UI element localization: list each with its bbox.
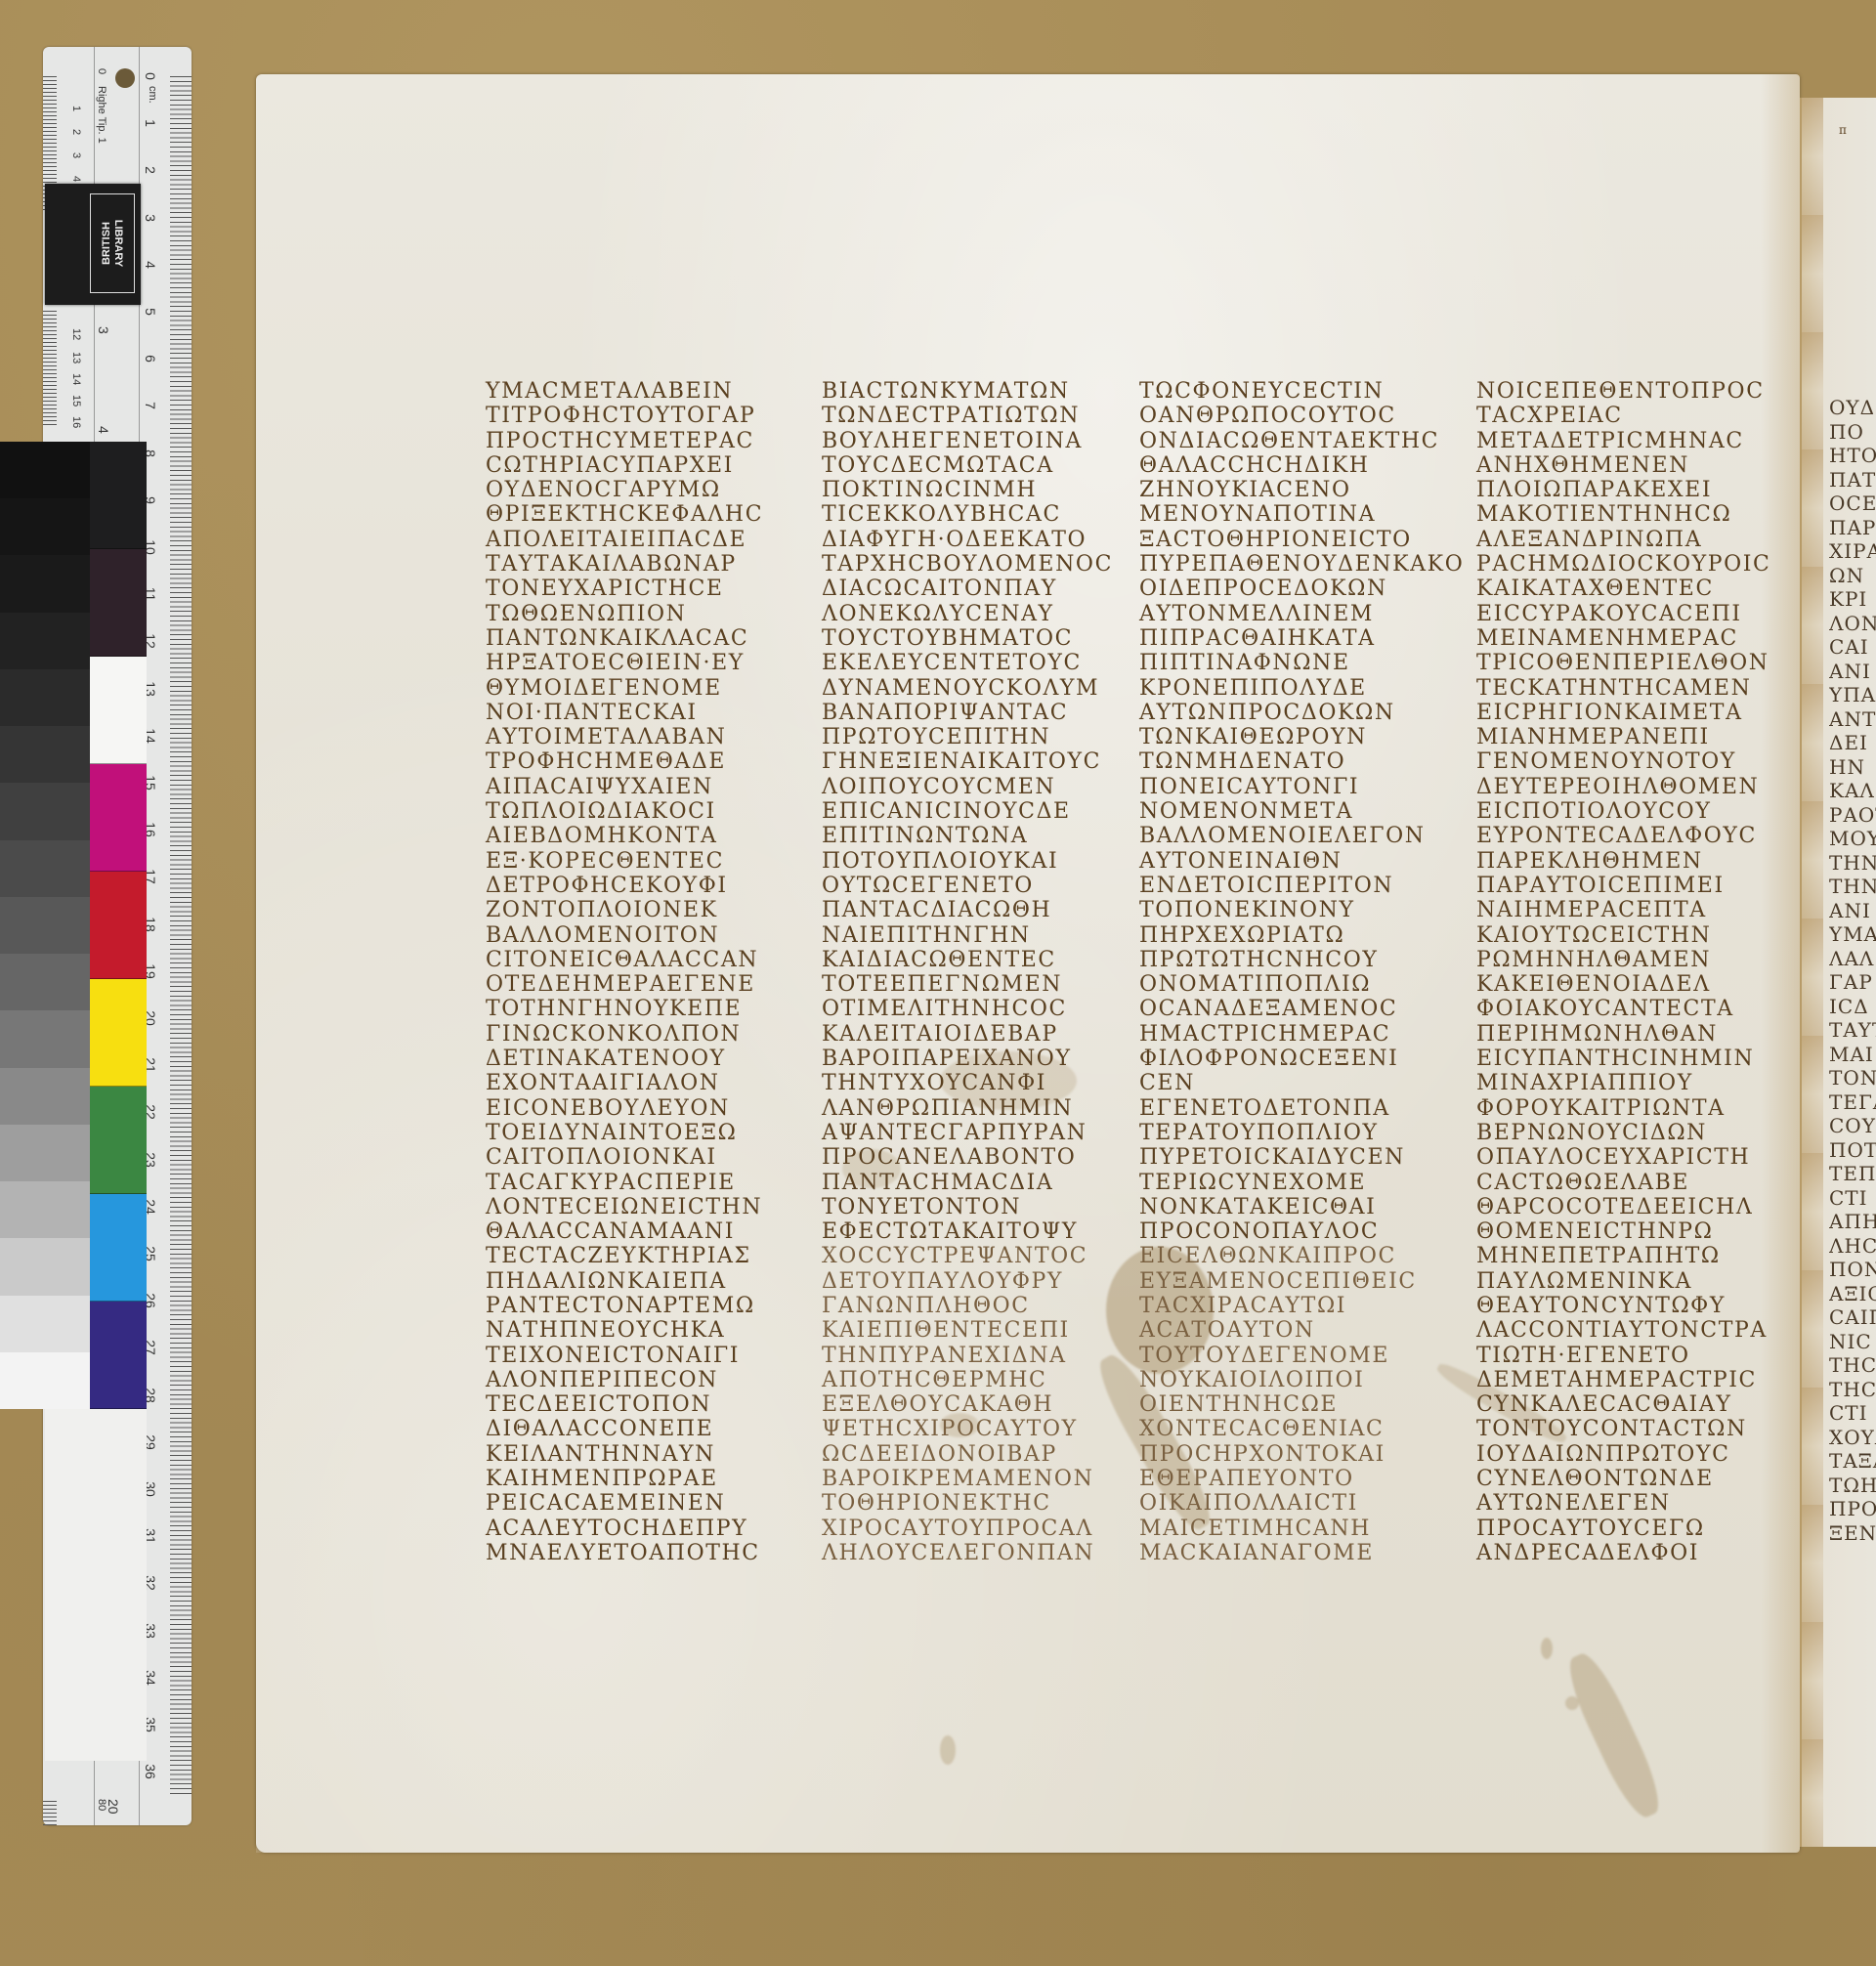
- manuscript-line: ΚΑΙΚΑΤΑΧΘΕΝΤΕϹ: [1476, 577, 1813, 601]
- manuscript-line: ΘΑΛΑϹϹΗϹΗΔΙΚΗ: [1139, 453, 1476, 478]
- facing-page-line: ΛΗϹ: [1829, 1234, 1876, 1259]
- ruler-ticks-left: [43, 311, 57, 428]
- ruler-side-number: 3: [70, 152, 82, 158]
- manuscript-line: ΠΡΩΤΟΥϹΕΠΙΤΗΝ: [822, 725, 1139, 749]
- facing-page-line: ΟϹΕ: [1829, 491, 1876, 516]
- manuscript-line: ΧΙΡΟϹΑΥΤΟΥΠΡΟϹΑΛ: [822, 1517, 1139, 1541]
- gray-patch: [0, 1181, 90, 1238]
- ruler-bottom-label: 20: [106, 1799, 121, 1815]
- manuscript-line: ΠΟΚΤΙΝΩϹΙΝΜΗ: [822, 478, 1139, 502]
- facing-page-line: ΠΟ: [1829, 420, 1876, 445]
- facing-page-line: ΑΝΙ: [1829, 899, 1876, 923]
- manuscript-line: ΑΨΑΝΤΕϹΓΑΡΠΥΡΑΝ: [822, 1121, 1139, 1145]
- gray-patch: [0, 726, 90, 783]
- gray-patch: [0, 954, 90, 1010]
- manuscript-line: ΝΟΝΚΑΤΑΚΕΙϹΘΑΙ: [1139, 1195, 1476, 1219]
- gray-patch: [0, 840, 90, 897]
- manuscript-line: ΕΥΡΟΝΤΕϹΑΔΕΛΦΟΥϹ: [1476, 824, 1813, 848]
- manuscript-line: ΠΗΡΧΕΧΩΡΙΑΤΩ: [1139, 923, 1476, 948]
- manuscript-line: ΑϹΑΤΟΑΥΤΟΝ: [1139, 1318, 1476, 1343]
- manuscript-folio: ΥΜΑϹΜΕΤΑΛΑΒΕΙΝΤΙΤΡΟΦΗϹΤΟΥΤΟΓΑΡΠΡΟϹΤΗϹΥΜΕ…: [256, 74, 1800, 1853]
- ruler-cm-mark: 4: [143, 253, 158, 277]
- manuscript-line: ΑΙΠΑϹΑΙΨΥΧΑΙΕΝ: [486, 775, 822, 799]
- manuscript-line: ΠΟΝΕΙϹΑΥΤΟΝΓΙ: [1139, 775, 1476, 799]
- manuscript-line: ΠΑΥΛΩΜΕΝΙΝΚΑ: [1476, 1269, 1813, 1294]
- manuscript-line: ΑΝΗΧΘΗΜΕΝΕΝ: [1476, 453, 1813, 478]
- ruler-hole: [115, 68, 135, 88]
- manuscript-line: ΕΠΙϹΑΝΙϹΙΝΟΥϹΔΕ: [822, 799, 1139, 824]
- text-column-4: ΝΟΙϹΕΠΕΘΕΝΤΟΠΡΟϹΤΑϹΧΡΕΙΑϹΜΕΤΑΔΕΤΡΙϹΜΗΝΑϹ…: [1476, 379, 1813, 1565]
- manuscript-line: ΠΑΡΑΥΤΟΙϹΕΠΙΜΕΙ: [1476, 874, 1813, 898]
- manuscript-line: ΟΙΔΕΠΡΟϹΕΔΟΚΩΝ: [1139, 577, 1476, 601]
- manuscript-line: ΤΙϹΕΚΚΟΛΥΒΗϹΑϹ: [822, 502, 1139, 527]
- facing-page-line: ϹΑΙΠ: [1829, 1305, 1876, 1330]
- ruler-cm-mark: 0: [143, 64, 158, 88]
- facing-page-line: ΤΑΥΤ: [1829, 1018, 1876, 1043]
- manuscript-line: ΤΟΤΗΝΓΗΝΟΥΚΕΠΕ: [486, 997, 822, 1021]
- manuscript-line: ΕΠΙΤΙΝΩΝΤΩΝΑ: [822, 824, 1139, 848]
- facing-page-line: ΠΑΡ: [1829, 516, 1876, 540]
- facing-page-line: ΝΙϹ: [1829, 1330, 1876, 1354]
- manuscript-line: ΨΕΤΗϹΧΙΡΟϹΑΥΤΟΥ: [822, 1417, 1139, 1441]
- manuscript-line: ΦΟΙΑΚΟΥϹΑΝΤΕϹΤΑ: [1476, 997, 1813, 1021]
- manuscript-line: ΤΕΙΧΟΝΕΙϹΤΟΝΑΙΓΙ: [486, 1344, 822, 1368]
- manuscript-line: ΘΟΜΕΝΕΙϹΤΗΝΡΩ: [1476, 1219, 1813, 1244]
- manuscript-line: ΓΕΝΟΜΕΝΟΥΝΟΤΟΥ: [1476, 749, 1813, 774]
- facing-page-line: ΧΙΡΑ: [1829, 539, 1876, 564]
- manuscript-line: ΛΗΛΟΥϹΕΛΕΓΟΝΠΑΝ: [822, 1541, 1139, 1565]
- manuscript-line: ΛΟΝΤΕϹΕΙΩΝΕΙϹΤΗΝ: [486, 1195, 822, 1219]
- manuscript-line: ΒΑΛΛΟΜΕΝΟΙΕΛΕΓΟΝ: [1139, 824, 1476, 848]
- gray-patch: [0, 1125, 90, 1181]
- facing-page-line: ΜΑΙ: [1829, 1043, 1876, 1067]
- manuscript-line: ΖΗΝΟΥΚΙΑϹΕΝΟ: [1139, 478, 1476, 502]
- manuscript-line: ΜΗΝΕΠΕΤΡΑΠΗΤΩ: [1476, 1244, 1813, 1268]
- badge-text: LIBRARY BRITISH: [101, 220, 124, 267]
- manuscript-line: ΜΑΙϹΕΤΙΜΗϹΑΝΗ: [1139, 1517, 1476, 1541]
- facing-page-line: ΙϹΔ: [1829, 995, 1876, 1019]
- facing-page-line: ΤΕΓΑ: [1829, 1090, 1876, 1115]
- manuscript-line: ΦΟΡΟΥΚΑΙΤΡΙΩΝΤΑ: [1476, 1096, 1813, 1121]
- manuscript-line: ΕΧΟΝΤΑΑΙΓΙΑΛΟΝ: [486, 1071, 822, 1095]
- manuscript-line: ΒΑΝΑΠΟΡΙΨΑΝΤΑϹ: [822, 701, 1139, 725]
- manuscript-line: ΗΡΞΑΤΟΕϹΘΙΕΙΝ·ΕΥ: [486, 651, 822, 675]
- manuscript-line: ΠΟΤΟΥΠΛΟΙΟΥΚΑΙ: [822, 849, 1139, 874]
- ruler-side-number: 16: [70, 416, 82, 428]
- facing-page-line: ϹΤΙ: [1829, 1401, 1876, 1426]
- gray-patch: [0, 1352, 90, 1409]
- gray-patch: [0, 442, 90, 498]
- color-patch-dark-purple: [90, 549, 147, 657]
- manuscript-line: ΜΝΑΕΛΥΕΤΟΑΠΟΤΗϹ: [486, 1541, 822, 1565]
- ruler-cm-mark: 6: [143, 347, 158, 370]
- facing-page-line: ΥΠΑ: [1829, 683, 1876, 707]
- manuscript-line: ΤΟΝΤΟΥϹΟΝΤΑϹΤΩΝ: [1476, 1417, 1813, 1441]
- manuscript-line: ΠΛΟΙΩΠΑΡΑΚΕΧΕΙ: [1476, 478, 1813, 502]
- manuscript-line: ΠΗΔΑΛΙΩΝΚΑΙΕΠΑ: [486, 1269, 822, 1294]
- manuscript-line: ΒΑΡΟΙΚΡΕΜΑΜΕΝΟΝ: [822, 1467, 1139, 1491]
- gray-patch: [0, 897, 90, 954]
- water-stain: [940, 1735, 956, 1765]
- ruler-cm-mark: 3: [143, 206, 158, 230]
- manuscript-line: ΒΕΡΝΩΝΟΥϹΙΔΩΝ: [1476, 1121, 1813, 1145]
- ruler-zero: 0: [96, 68, 107, 74]
- manuscript-line: ΠΡΩΤΩΤΗϹΝΗϹΟΥ: [1139, 948, 1476, 972]
- manuscript-line: ΠΑΝΤΩΝΚΑΙΚΛΑϹΑϹ: [486, 626, 822, 651]
- facing-page-line: ΜΟΥ: [1829, 827, 1876, 851]
- manuscript-line: ΤΑΡΧΗϹΒΟΥΛΟΜΕΝΟϹ: [822, 552, 1139, 577]
- facing-page-line: ϹΟΥϹ: [1829, 1114, 1876, 1138]
- manuscript-line: ΦΙΛΟΦΡΟΝΩϹΕΞΕΝΙ: [1139, 1047, 1476, 1071]
- manuscript-line: ΜΙΝΑΧΡΙΑΠΠΙΟΥ: [1476, 1071, 1813, 1095]
- ruler-side-number: 12: [70, 328, 82, 340]
- manuscript-line: ΕΙϹΡΗΓΙΟΝΚΑΙΜΕΤΑ: [1476, 701, 1813, 725]
- manuscript-line: ΤΟΝΕΥΧΑΡΙϹΤΗϹΕ: [486, 577, 822, 601]
- water-stain: [1565, 1696, 1579, 1710]
- manuscript-line: ΤΟΥϹΤΟΥΒΗΜΑΤΟϹ: [822, 626, 1139, 651]
- ruler-side-label: Righe Tip. 1: [96, 86, 107, 144]
- manuscript-line: ΘΕΑΥΤΟΝϹΥΝΤΩΦΥ: [1476, 1294, 1813, 1318]
- ruler-blank-strip: [45, 1350, 147, 1761]
- manuscript-line: ΠΡΟϹΗΡΧΟΝΤΟΚΑΙ: [1139, 1442, 1476, 1467]
- facing-page-line: ΔΕΙ: [1829, 731, 1876, 755]
- gray-patch: [0, 613, 90, 669]
- manuscript-line: ΚΑΚΕΙΘΕΝΟΙΑΔΕΛ: [1476, 972, 1813, 997]
- manuscript-line: ΤΑϹΧΡΕΙΑϹ: [1476, 404, 1813, 428]
- text-column-1: ΥΜΑϹΜΕΤΑΛΑΒΕΙΝΤΙΤΡΟΦΗϹΤΟΥΤΟΓΑΡΠΡΟϹΤΗϹΥΜΕ…: [486, 379, 822, 1565]
- facing-page-line: ΠΡΟ: [1829, 1497, 1876, 1521]
- ruler-side-number: 3: [96, 326, 111, 334]
- manuscript-line: ΜΕΤΑΔΕΤΡΙϹΜΗΝΑϹ: [1476, 429, 1813, 453]
- ruler-cm-mark: 1: [143, 111, 158, 135]
- manuscript-line: ΓΗΝΕΞΙΕΝΑΙΚΑΙΤΟΥϹ: [822, 749, 1139, 774]
- water-damage: [1802, 98, 1823, 1847]
- gray-patch: [0, 669, 90, 726]
- manuscript-line: ΠΕΡΙΗΜΩΝΗΛΘΑΝ: [1476, 1022, 1813, 1047]
- facing-page-line: ΠΟΤ: [1829, 1138, 1876, 1163]
- facing-page-line: ΟΥΔ: [1829, 396, 1876, 420]
- text-column-3: ΤΩϹΦΟΝΕΥϹΕϹΤΙΝΟΑΝΘΡΩΠΟϹΟΥΤΟϹΟΝΔΙΑϹΩΘΕΝΤΑ…: [1139, 379, 1476, 1565]
- manuscript-line: ΚΑΛΕΙΤΑΙΟΙΔΕΒΑΡ: [822, 1022, 1139, 1047]
- manuscript-line: ΚΑΙΗΜΕΝΠΡΩΡΑΕ: [486, 1467, 822, 1491]
- manuscript-line: ΤΟΕΙΔΥΝΑΙΝΤΟΕΞΩ: [486, 1121, 822, 1145]
- manuscript-line: ΘΑΛΑϹϹΑΝΑΜΑΑΝΙ: [486, 1219, 822, 1244]
- manuscript-line: ΤΑϹΧΙΡΑϹΑΥΤΩΙ: [1139, 1294, 1476, 1318]
- manuscript-line: ΤΡΙϹΟΘΕΝΠΕΡΙΕΛΘΟΝ: [1476, 651, 1813, 675]
- manuscript-line: ΤΕΡΙΩϹΥΝΕΧΟΜΕ: [1139, 1171, 1476, 1195]
- page-mark: π: [1839, 123, 1847, 137]
- manuscript-line: ΤΗΝΤΥΧΟΥϹΑΝΦΙ: [822, 1071, 1139, 1095]
- ruler-side-number: 14: [70, 373, 82, 385]
- manuscript-line: ϹΥΝΚΑΛΕϹΑϹΘΑΙΑΥ: [1476, 1392, 1813, 1417]
- text-columns: ΥΜΑϹΜΕΤΑΛΑΒΕΙΝΤΙΤΡΟΦΗϹΤΟΥΤΟΓΑΡΠΡΟϹΤΗϹΥΜΕ…: [486, 379, 1813, 1565]
- facing-page-line: ΑΝΙ: [1829, 660, 1876, 684]
- manuscript-line: ΤΟΤΕΕΠΕΓΝΩΜΕΝ: [822, 972, 1139, 997]
- manuscript-line: ΥΜΑϹΜΕΤΑΛΑΒΕΙΝ: [486, 379, 822, 404]
- facing-page-line: ΠΟΝ: [1829, 1258, 1876, 1282]
- manuscript-line: ΝΑΙΕΠΙΤΗΝΓΗΝ: [822, 923, 1139, 948]
- manuscript-line: ΑΠΟΤΗϹΘΕΡΜΗϹ: [822, 1368, 1139, 1392]
- ruler-cm-mark: 36: [143, 1760, 158, 1783]
- text-column-2: ΒΙΑϹΤΩΝΚΥΜΑΤΩΝΤΩΝΔΕϹΤΡΑΤΙΩΤΩΝΒΟΥΛΗΕΓΕΝΕΤ…: [822, 379, 1139, 1565]
- facing-page-line: ΛΑΛ: [1829, 947, 1876, 971]
- facing-page-line: ΠΑΤ: [1829, 468, 1876, 492]
- manuscript-line: ϹΕΝ: [1139, 1071, 1476, 1095]
- ruler-side-number: 1: [70, 106, 82, 111]
- manuscript-line: ΤΟΠΟΝΕΚΙΝΟΝΥ: [1139, 898, 1476, 922]
- color-patch-white: [90, 657, 147, 764]
- facing-page-line: ΚΡΙ: [1829, 587, 1876, 612]
- manuscript-line: ϹΥΝΕΛΘΟΝΤΩΝΔΕ: [1476, 1467, 1813, 1491]
- manuscript-line: ΜΙΑΝΗΜΕΡΑΝΕΠΙ: [1476, 725, 1813, 749]
- manuscript-line: ΡΑϹΗΜΩΔΙΟϹΚΟΥΡΟΙϹ: [1476, 552, 1813, 577]
- manuscript-line: ΝΟΙ·ΠΑΝΤΕϹΚΑΙ: [486, 701, 822, 725]
- facing-page-line: ΧΟΥΑ: [1829, 1426, 1876, 1450]
- manuscript-line: ΧΟΝΤΕϹΑϹΘΕΝΙΑϹ: [1139, 1417, 1476, 1441]
- gray-patch: [0, 1068, 90, 1125]
- manuscript-line: ΧΟϹϹΥϹΤΡΕΨΑΝΤΟϹ: [822, 1244, 1139, 1268]
- badge-line-british: BRITISH: [101, 220, 112, 267]
- british-library-badge: LIBRARY BRITISH: [45, 184, 141, 305]
- manuscript-line: ΡΕΙϹΑϹΑΕΜΕΙΝΕΝ: [486, 1491, 822, 1516]
- manuscript-line: ΕΙϹΥΠΑΝΤΗϹΙΝΗΜΙΝ: [1476, 1047, 1813, 1071]
- manuscript-line: ϹΙΤΟΝΕΙϹΘΑΛΑϹϹΑΝ: [486, 948, 822, 972]
- manuscript-line: ΠΥΡΕΤΟΙϹΚΑΙΔΥϹΕΝ: [1139, 1145, 1476, 1170]
- manuscript-line: ΚΑΙΟΥΤΩϹΕΙϹΤΗΝ: [1476, 923, 1813, 948]
- manuscript-line: ΝΟΙϹΕΠΕΘΕΝΤΟΠΡΟϹ: [1476, 379, 1813, 404]
- manuscript-line: ΤΩΝΚΑΙΘΕΩΡΟΥΝ: [1139, 725, 1476, 749]
- manuscript-line: ΠΡΟϹΟΝΟΠΑΥΛΟϹ: [1139, 1219, 1476, 1244]
- manuscript-line: ΤΕϹΔΕΕΙϹΤΟΠΟΝ: [486, 1392, 822, 1417]
- manuscript-line: ΕΝΔΕΤΟΙϹΠΕΡΙΤΟΝ: [1139, 874, 1476, 898]
- ruler-cm-label: cm.: [147, 86, 158, 104]
- color-patch-cyan: [90, 1194, 147, 1302]
- manuscript-line: ΜΕΝΟΥΝΑΠΟΤΙΝΑ: [1139, 502, 1476, 527]
- badge-line-library: LIBRARY: [112, 220, 124, 267]
- manuscript-line: ΩϹΔΕΕΙΔΟΝΟΙΒΑΡ: [822, 1442, 1139, 1467]
- manuscript-line: ΟΤΕΔΕΗΜΕΡΑΕΓΕΝΕ: [486, 972, 822, 997]
- ruler-side-number: 4: [70, 176, 82, 182]
- color-patch-red: [90, 872, 147, 979]
- manuscript-line: ΑΥΤΟΙΜΕΤΑΛΑΒΑΝ: [486, 725, 822, 749]
- manuscript-line: ΒΙΑϹΤΩΝΚΥΜΑΤΩΝ: [822, 379, 1139, 404]
- manuscript-line: ΤΗΝΠΥΡΑΝΕΧΙΔΝΑ: [822, 1344, 1139, 1368]
- manuscript-line: ΒΑΡΟΙΠΑΡΕΙΧΑΝΟΥ: [822, 1047, 1139, 1071]
- facing-page-line: ΤΟΝ: [1829, 1066, 1876, 1090]
- water-stain: [1541, 1638, 1553, 1659]
- manuscript-line: ΑΥΤΟΝΜΕΛΛΙΝΕΜ: [1139, 602, 1476, 626]
- ruler-ticks-left: [43, 1801, 57, 1825]
- manuscript-line: ΠΥΡΕΠΑΘΕΝΟΥΔΕΝΚΑΚΟ: [1139, 552, 1476, 577]
- manuscript-line: ΕΙϹΕΛΘΩΝΚΑΙΠΡΟϹ: [1139, 1244, 1476, 1268]
- ruler-cm-mark: 2: [143, 158, 158, 182]
- manuscript-line: ΤΑΥΤΑΚΑΙΛΑΒΩΝΑΡ: [486, 552, 822, 577]
- facing-page-line: ΩΝ: [1829, 564, 1876, 588]
- manuscript-line: ΠΙΠΤΙΝΑΦΝΩΝΕ: [1139, 651, 1476, 675]
- color-calibration-target: [90, 442, 147, 1409]
- manuscript-line: ΤΙΩΤΗ·ΕΓΕΝΕΤΟ: [1476, 1344, 1813, 1368]
- manuscript-line: ΤΩϹΦΟΝΕΥϹΕϹΤΙΝ: [1139, 379, 1476, 404]
- ruler-side-number: 15: [70, 395, 82, 406]
- gray-patch: [0, 783, 90, 839]
- gray-patch: [0, 1010, 90, 1067]
- manuscript-line: ΟΝΟΜΑΤΙΠΟΠΛΙΩ: [1139, 972, 1476, 997]
- manuscript-line: ΤΕΡΑΤΟΥΠΟΠΛΙΟΥ: [1139, 1121, 1476, 1145]
- color-patch-blue-violet: [90, 1302, 147, 1409]
- gray-patch: [0, 498, 90, 555]
- manuscript-line: ΤΑϹΑΓΚΥΡΑϹΠΕΡΙΕ: [486, 1171, 822, 1195]
- manuscript-line: ΟΙΕΝΤΗΝΗϹΩΕ: [1139, 1392, 1476, 1417]
- ruler-cm-mark: 7: [143, 394, 158, 417]
- manuscript-line: ΚΡΟΝΕΠΙΠΟΛΥΔΕ: [1139, 676, 1476, 701]
- facing-page-line: ΤΗϹ: [1829, 1378, 1876, 1402]
- ruler-side-number: 13: [70, 352, 82, 363]
- manuscript-line: ΟΙΚΑΙΠΟΛΛΑΙϹΤΙ: [1139, 1491, 1476, 1516]
- manuscript-line: ϹΩΤΗΡΙΑϹΥΠΑΡΧΕΙ: [486, 453, 822, 478]
- manuscript-line: ΙΟΥΔΑΙΩΝΠΡΩΤΟΥϹ: [1476, 1442, 1813, 1467]
- grayscale-target: [0, 442, 90, 1409]
- facing-page-line: ΑΠΗ: [1829, 1210, 1876, 1234]
- ruler-side-number: 2: [70, 129, 82, 135]
- manuscript-line: ΠΡΟϹΤΗϹΥΜΕΤΕΡΑϹ: [486, 429, 822, 453]
- badge-frame: LIBRARY BRITISH: [90, 193, 135, 293]
- manuscript-line: ΤΙΤΡΟΦΗϹΤΟΥΤΟΓΑΡ: [486, 404, 822, 428]
- manuscript-line: ΤΟΝΥΕΤΟΝΤΟΝ: [822, 1195, 1139, 1219]
- facing-page-line: ΤΕΠΑ: [1829, 1162, 1876, 1186]
- manuscript-line: ΜΑΚΟΤΙΕΝΤΗΝΗϹΩ: [1476, 502, 1813, 527]
- manuscript-line: ΕΚΕΛΕΥϹΕΝΤΕΤΟΥϹ: [822, 651, 1139, 675]
- manuscript-line: ΚΕΙΛΑΝΤΗΝΝΑΥΝ: [486, 1442, 822, 1467]
- ruler-ticks-cm: [170, 76, 192, 1796]
- facing-page-line: ΗΝ: [1829, 755, 1876, 780]
- manuscript-line: ΕΙϹΟΝΕΒΟΥΛΕΥΟΝ: [486, 1096, 822, 1121]
- manuscript-line: ΕΘΕΡΑΠΕΥΟΝΤΟ: [1139, 1467, 1476, 1491]
- manuscript-line: ΠΙΠΡΑϹΘΑΙΗΚΑΤΑ: [1139, 626, 1476, 651]
- manuscript-line: ΗΜΑϹΤΡΙϹΗΜΕΡΑϹ: [1139, 1022, 1476, 1047]
- manuscript-line: ΑΛΟΝΠΕΡΙΠΕϹΟΝ: [486, 1368, 822, 1392]
- manuscript-line: ΠΑΝΤΑϹΔΙΑϹΩΘΗ: [822, 898, 1139, 922]
- facing-page-text: ΟΥΔΠΟΗΤΟΠΑΤΟϹΕΠΑΡΧΙΡΑΩΝΚΡΙΛΟΝϹΑΙΑΝΙΥΠΑΑΝ…: [1829, 396, 1876, 1545]
- facing-page-line: ΑΞΙΟΥ: [1829, 1282, 1876, 1306]
- facing-page-line: ΚΑΛ: [1829, 779, 1876, 803]
- color-patch-magenta: [90, 764, 147, 872]
- manuscript-line: ϹΑΙΤΟΠΛΟΙΟΝΚΑΙ: [486, 1145, 822, 1170]
- manuscript-line: ΤΟΥΤΟΥΔΕΓΕΝΟΜΕ: [1139, 1344, 1476, 1368]
- manuscript-line: ΔΕΤΟΥΠΑΥΛΟΥΦΡΥ: [822, 1269, 1139, 1294]
- manuscript-line: ΜΕΙΝΑΜΕΝΗΜΕΡΑϹ: [1476, 626, 1813, 651]
- manuscript-line: ΔΕΤΡΟΦΗϹΕΚΟΥΦΙ: [486, 874, 822, 898]
- manuscript-line: ΔΕΤΙΝΑΚΑΤΕΝΟΟΥ: [486, 1047, 822, 1071]
- manuscript-line: ΔΕΜΕΤΑΗΜΕΡΑϹΤΡΙϹ: [1476, 1368, 1813, 1392]
- manuscript-line: ΤΕϹΚΑΤΗΝΤΗϹΑΜΕΝ: [1476, 676, 1813, 701]
- manuscript-line: ΓΙΝΩϹΚΟΝΚΟΛΠΟΝ: [486, 1022, 822, 1047]
- manuscript-line: ΞΑϹΤΟΘΗΡΙΟΝΕΙϹΤΟ: [1139, 528, 1476, 552]
- ruler-bottom-label: 80: [96, 1799, 107, 1811]
- manuscript-line: ΕΞΕΛΘΟΥϹΑΚΑΘΗ: [822, 1392, 1139, 1417]
- manuscript-line: ΔΙΘΑΛΑϹϹΟΝΕΠΕ: [486, 1417, 822, 1441]
- manuscript-line: ΚΑΙΔΙΑϹΩΘΕΝΤΕϹ: [822, 948, 1139, 972]
- manuscript-line: ΠΡΟϹΑΝΕΛΑΒΟΝΤΟ: [822, 1145, 1139, 1170]
- manuscript-line: ΔΕΥΤΕΡΕΟΙΗΛΘΟΜΕΝ: [1476, 775, 1813, 799]
- manuscript-line: ΤΡΟΦΗϹΗΜΕΘΑΔΕ: [486, 749, 822, 774]
- manuscript-line: ΡΑΝΤΕϹΤΟΝΑΡΤΕΜΩ: [486, 1294, 822, 1318]
- manuscript-line: ΤΩΝΔΕϹΤΡΑΤΙΩΤΩΝ: [822, 404, 1139, 428]
- ruler-side-number: 4: [96, 426, 111, 434]
- manuscript-line: ΜΑϹΚΑΙΑΝΑΓΟΜΕ: [1139, 1541, 1476, 1565]
- color-patch-green: [90, 1087, 147, 1194]
- manuscript-line: ΑϹΑΛΕΥΤΟϹΗΔΕΠΡΥ: [486, 1517, 822, 1541]
- manuscript-line: ΛΟΝΕΚΩΛΥϹΕΝΑΥ: [822, 602, 1139, 626]
- manuscript-line: ΕΓΕΝΕΤΟΔΕΤΟΝΠΑ: [1139, 1096, 1476, 1121]
- manuscript-line: ΟΝΔΙΑϹΩΘΕΝΤΑΕΚΤΗϹ: [1139, 429, 1476, 453]
- facing-page-line: ϹΤΙ: [1829, 1186, 1876, 1211]
- manuscript-line: ΘΥΜΟΙΔΕΓΕΝΟΜΕ: [486, 676, 822, 701]
- facing-page-edge: π ΟΥΔΠΟΗΤΟΠΑΤΟϹΕΠΑΡΧΙΡΑΩΝΚΡΙΛΟΝϹΑΙΑΝΙΥΠΑ…: [1800, 98, 1876, 1847]
- manuscript-line: ΤΩΝΜΗΔΕΝΑΤΟ: [1139, 749, 1476, 774]
- manuscript-line: ΝΟΜΕΝΟΝΜΕΤΑ: [1139, 799, 1476, 824]
- manuscript-line: ΟΥΤΩϹΕΓΕΝΕΤΟ: [822, 874, 1139, 898]
- manuscript-line: ΚΑΙΕΠΙΘΕΝΤΕϹΕΠΙ: [822, 1318, 1139, 1343]
- manuscript-line: ΠΡΟϹΑΥΤΟΥϹΕΓΩ: [1476, 1517, 1813, 1541]
- manuscript-line: ΛΟΙΠΟΥϹΟΥϹΜΕΝ: [822, 775, 1139, 799]
- manuscript-line: ΕΙϹΠΟΤΙΟΛΟΥϹΟΥ: [1476, 799, 1813, 824]
- facing-page-line: ΡΑΟΤ: [1829, 803, 1876, 828]
- manuscript-line: ΟΑΝΘΡΩΠΟϹΟΥΤΟϹ: [1139, 404, 1476, 428]
- manuscript-line: ΕΦΕϹΤΩΤΑΚΑΙΤΟΨΥ: [822, 1219, 1139, 1244]
- manuscript-line: ΒΑΛΛΟΜΕΝΟΙΤΟΝ: [486, 923, 822, 948]
- facing-page-line: ϹΑΙ: [1829, 635, 1876, 660]
- facing-page-line: ΞΕΝΙ: [1829, 1521, 1876, 1546]
- facing-page-line: ΤΗΝ: [1829, 875, 1876, 899]
- manuscript-line: ΤΟΥϹΔΕϹΜΩΤΑϹΑ: [822, 453, 1139, 478]
- manuscript-line: ΔΥΝΑΜΕΝΟΥϹΚΟΛΥΜ: [822, 676, 1139, 701]
- manuscript-line: ΔΙΑϹΩϹΑΙΤΟΝΠΑΥ: [822, 577, 1139, 601]
- facing-page-line: ΗΤΟ: [1829, 444, 1876, 468]
- color-patch-yellow: [90, 979, 147, 1087]
- manuscript-line: ΟΤΙΜΕΛΙΤΗΝΗϹΟϹ: [822, 997, 1139, 1021]
- facing-page-line: ΑΝΤ: [1829, 707, 1876, 732]
- manuscript-line: ΑΥΤΟΝΕΙΝΑΙΘΝ: [1139, 849, 1476, 874]
- manuscript-line: ΤΟΘΗΡΙΟΝΕΚΤΗϹ: [822, 1491, 1139, 1516]
- manuscript-line: ΑΥΤΩΝΕΛΕΓΕΝ: [1476, 1491, 1813, 1516]
- manuscript-line: ΘΡΙΞΕΚΤΗϹΚΕΦΑΛΗϹ: [486, 502, 822, 527]
- facing-page-line: ΥΜΑ: [1829, 922, 1876, 947]
- manuscript-line: ΝΑΙΗΜΕΡΑϹΕΠΤΑ: [1476, 898, 1813, 922]
- manuscript-line: ΘΑΡϹΟϹΟΤΕΔΕΕΙϹΗΛ: [1476, 1195, 1813, 1219]
- manuscript-line: ΡΩΜΗΝΗΛΘΑΜΕΝ: [1476, 948, 1813, 972]
- manuscript-line: ΑΙΕΒΔΟΜΗΚΟΝΤΑ: [486, 824, 822, 848]
- manuscript-line: ΛΑϹϹΟΝΤΙΑΥΤΟΝϹΤΡΑ: [1476, 1318, 1813, 1343]
- manuscript-line: ΕΙϹϹΥΡΑΚΟΥϹΑϹΕΠΙ: [1476, 602, 1813, 626]
- manuscript-line: ΤΩΘΩΕΝΩΠΙΟΝ: [486, 602, 822, 626]
- manuscript-line: ΑΠΟΛΕΙΤΑΙΕΙΠΑϹΔΕ: [486, 528, 822, 552]
- manuscript-line: ΑΛΕΞΑΝΔΡΙΝΩΠΑ: [1476, 528, 1813, 552]
- gray-patch: [0, 555, 90, 612]
- gray-patch: [0, 1296, 90, 1352]
- color-patch-black: [90, 442, 147, 549]
- manuscript-line: ΖΟΝΤΟΠΛΟΙΟΝΕΚ: [486, 898, 822, 922]
- manuscript-line: ΕΥΞΑΜΕΝΟϹΕΠΙΘΕΙϹ: [1139, 1269, 1476, 1294]
- manuscript-line: ΕΞ·ΚΟΡΕϹΘΕΝΤΕϹ: [486, 849, 822, 874]
- manuscript-line: ΓΑΝΩΝΠΛΗΘΟϹ: [822, 1294, 1139, 1318]
- manuscript-line: ΔΙΑΦΥΓΗ·ΟΔΕΕΚΑΤΟ: [822, 528, 1139, 552]
- manuscript-line: ΤΩΠΛΟΙΩΔΙΑΚΟϹΙ: [486, 799, 822, 824]
- manuscript-line: ΠΑΝΤΑϹΗΜΑϹΔΙΑ: [822, 1171, 1139, 1195]
- ruler-cm-mark: 5: [143, 300, 158, 323]
- facing-page-line: ΤΩΗ: [1829, 1474, 1876, 1498]
- manuscript-line: ΑΝΔΡΕϹΑΔΕΛΦΟΙ: [1476, 1541, 1813, 1565]
- gray-patch: [0, 1238, 90, 1295]
